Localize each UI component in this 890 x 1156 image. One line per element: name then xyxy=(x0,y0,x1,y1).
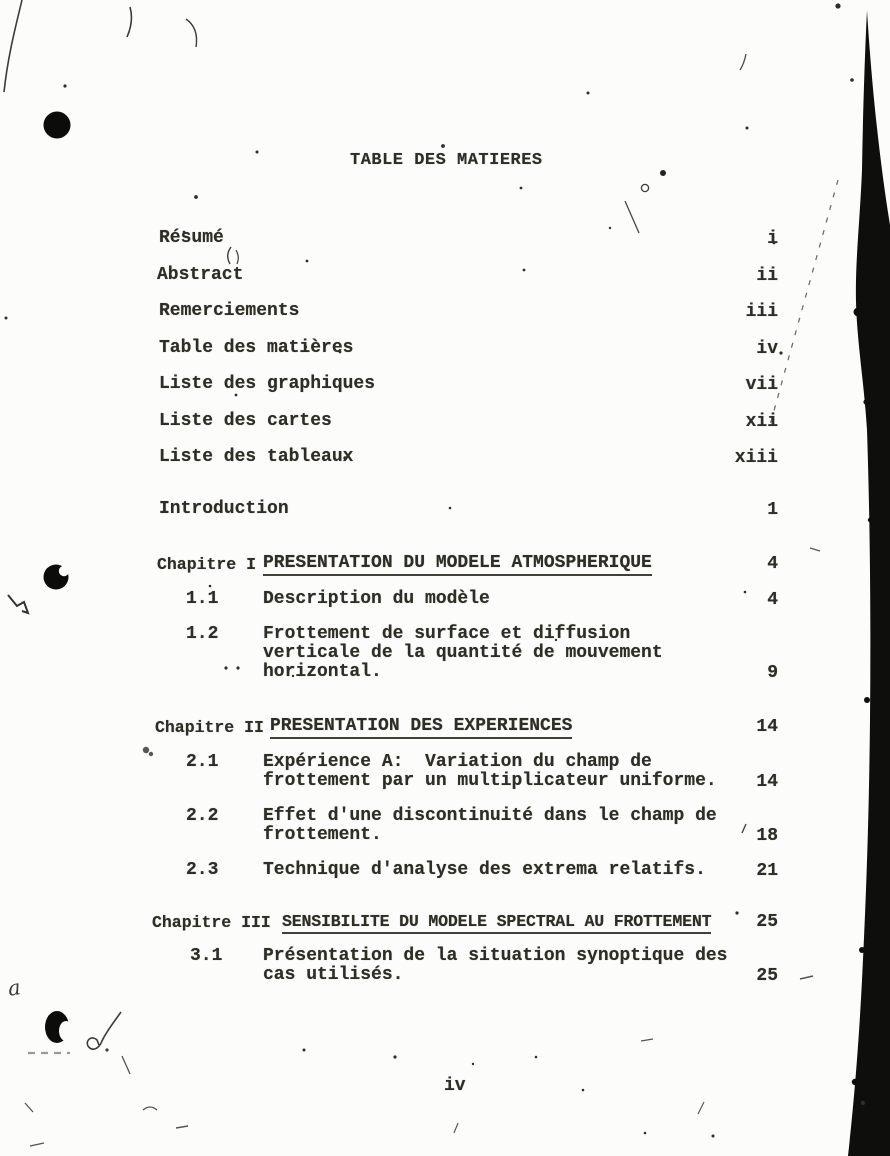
section-page: 14 xyxy=(690,773,778,792)
chapter-label: Chapitre III xyxy=(152,913,271,932)
chapter-page: 4 xyxy=(690,555,778,574)
toc-entry-page: xiii xyxy=(690,449,778,468)
section-text: Technique d'analyse des extrema relatifs… xyxy=(263,861,706,880)
toc-entry-label: Abstract xyxy=(157,266,243,285)
toc-entry-page: i xyxy=(690,230,778,249)
chapter-title: SENSIBILITE DU MODELE SPECTRAL AU FROTTE… xyxy=(282,912,711,934)
section-page: 21 xyxy=(690,862,778,881)
toc-entry-page: iv xyxy=(690,340,778,359)
section-page: 25 xyxy=(690,967,778,986)
ink-blob-icon xyxy=(44,565,70,590)
chapter-page: 14 xyxy=(690,718,778,737)
section-number: 1.2 xyxy=(186,625,218,644)
page-title: TABLE DES MATIERES xyxy=(350,151,543,170)
section-page: 18 xyxy=(690,827,778,846)
section-text: cas utilisés. xyxy=(263,966,403,985)
crescent-blob-icon xyxy=(28,1011,73,1053)
section-page: 9 xyxy=(690,664,778,683)
toc-entry-label: Remerciements xyxy=(159,302,299,321)
section-text: Expérience A: Variation du champ de xyxy=(263,753,652,772)
section-text: Présentation de la situation synoptique … xyxy=(263,947,727,966)
section-text: frottement par un multiplicateur uniform… xyxy=(263,772,717,791)
section-text: frottement. xyxy=(263,826,382,845)
chapter-label: Chapitre II xyxy=(155,718,264,737)
toc-entry-label: Introduction xyxy=(159,500,289,519)
toc-entry-page: 1 xyxy=(690,501,778,520)
section-number: 3.1 xyxy=(190,947,222,966)
toc-entry-page: iii xyxy=(690,303,778,322)
section-number: 2.1 xyxy=(186,753,218,772)
section-number: 2.3 xyxy=(186,861,218,880)
section-page: 4 xyxy=(690,591,778,610)
toc-entry-label: Liste des cartes xyxy=(159,412,332,431)
chapter-label: Chapitre I xyxy=(157,555,256,574)
toc-entry-label: Liste des tableaux xyxy=(159,448,353,467)
binding-shadow-icon xyxy=(848,10,890,1156)
section-number: 2.2 xyxy=(186,807,218,826)
toc-entry-page: ii xyxy=(690,267,778,286)
section-text: Effet d'une discontinuité dans le champ … xyxy=(263,807,717,826)
toc-entry-label: Table des matières xyxy=(159,339,353,358)
chapter-page: 25 xyxy=(690,913,778,932)
section-text: verticale de la quantité de mouvement xyxy=(263,644,663,663)
section-text: horizontal. xyxy=(263,663,382,682)
toc-entry-label: Liste des graphiques xyxy=(159,375,375,394)
chapter-title: PRESENTATION DES EXPERIENCES xyxy=(270,717,572,739)
section-text: Frottement de surface et diffusion xyxy=(263,625,630,644)
punch-hole-mark-icon xyxy=(44,112,71,139)
toc-entry-page: xii xyxy=(690,413,778,432)
section-number: 1.1 xyxy=(186,590,218,609)
toc-entry-page: vii xyxy=(690,376,778,395)
handwritten-annotation: a xyxy=(6,975,22,1001)
toc-entry-label: Résumé xyxy=(159,229,224,248)
section-text: Description du modèle xyxy=(263,590,490,609)
document-page: a TABLE DES MATIERES Résumé i Abstract i… xyxy=(0,0,890,1156)
chapter-title: PRESENTATION DU MODELE ATMOSPHERIQUE xyxy=(263,554,652,576)
page-footer-number: iv xyxy=(444,1077,466,1096)
